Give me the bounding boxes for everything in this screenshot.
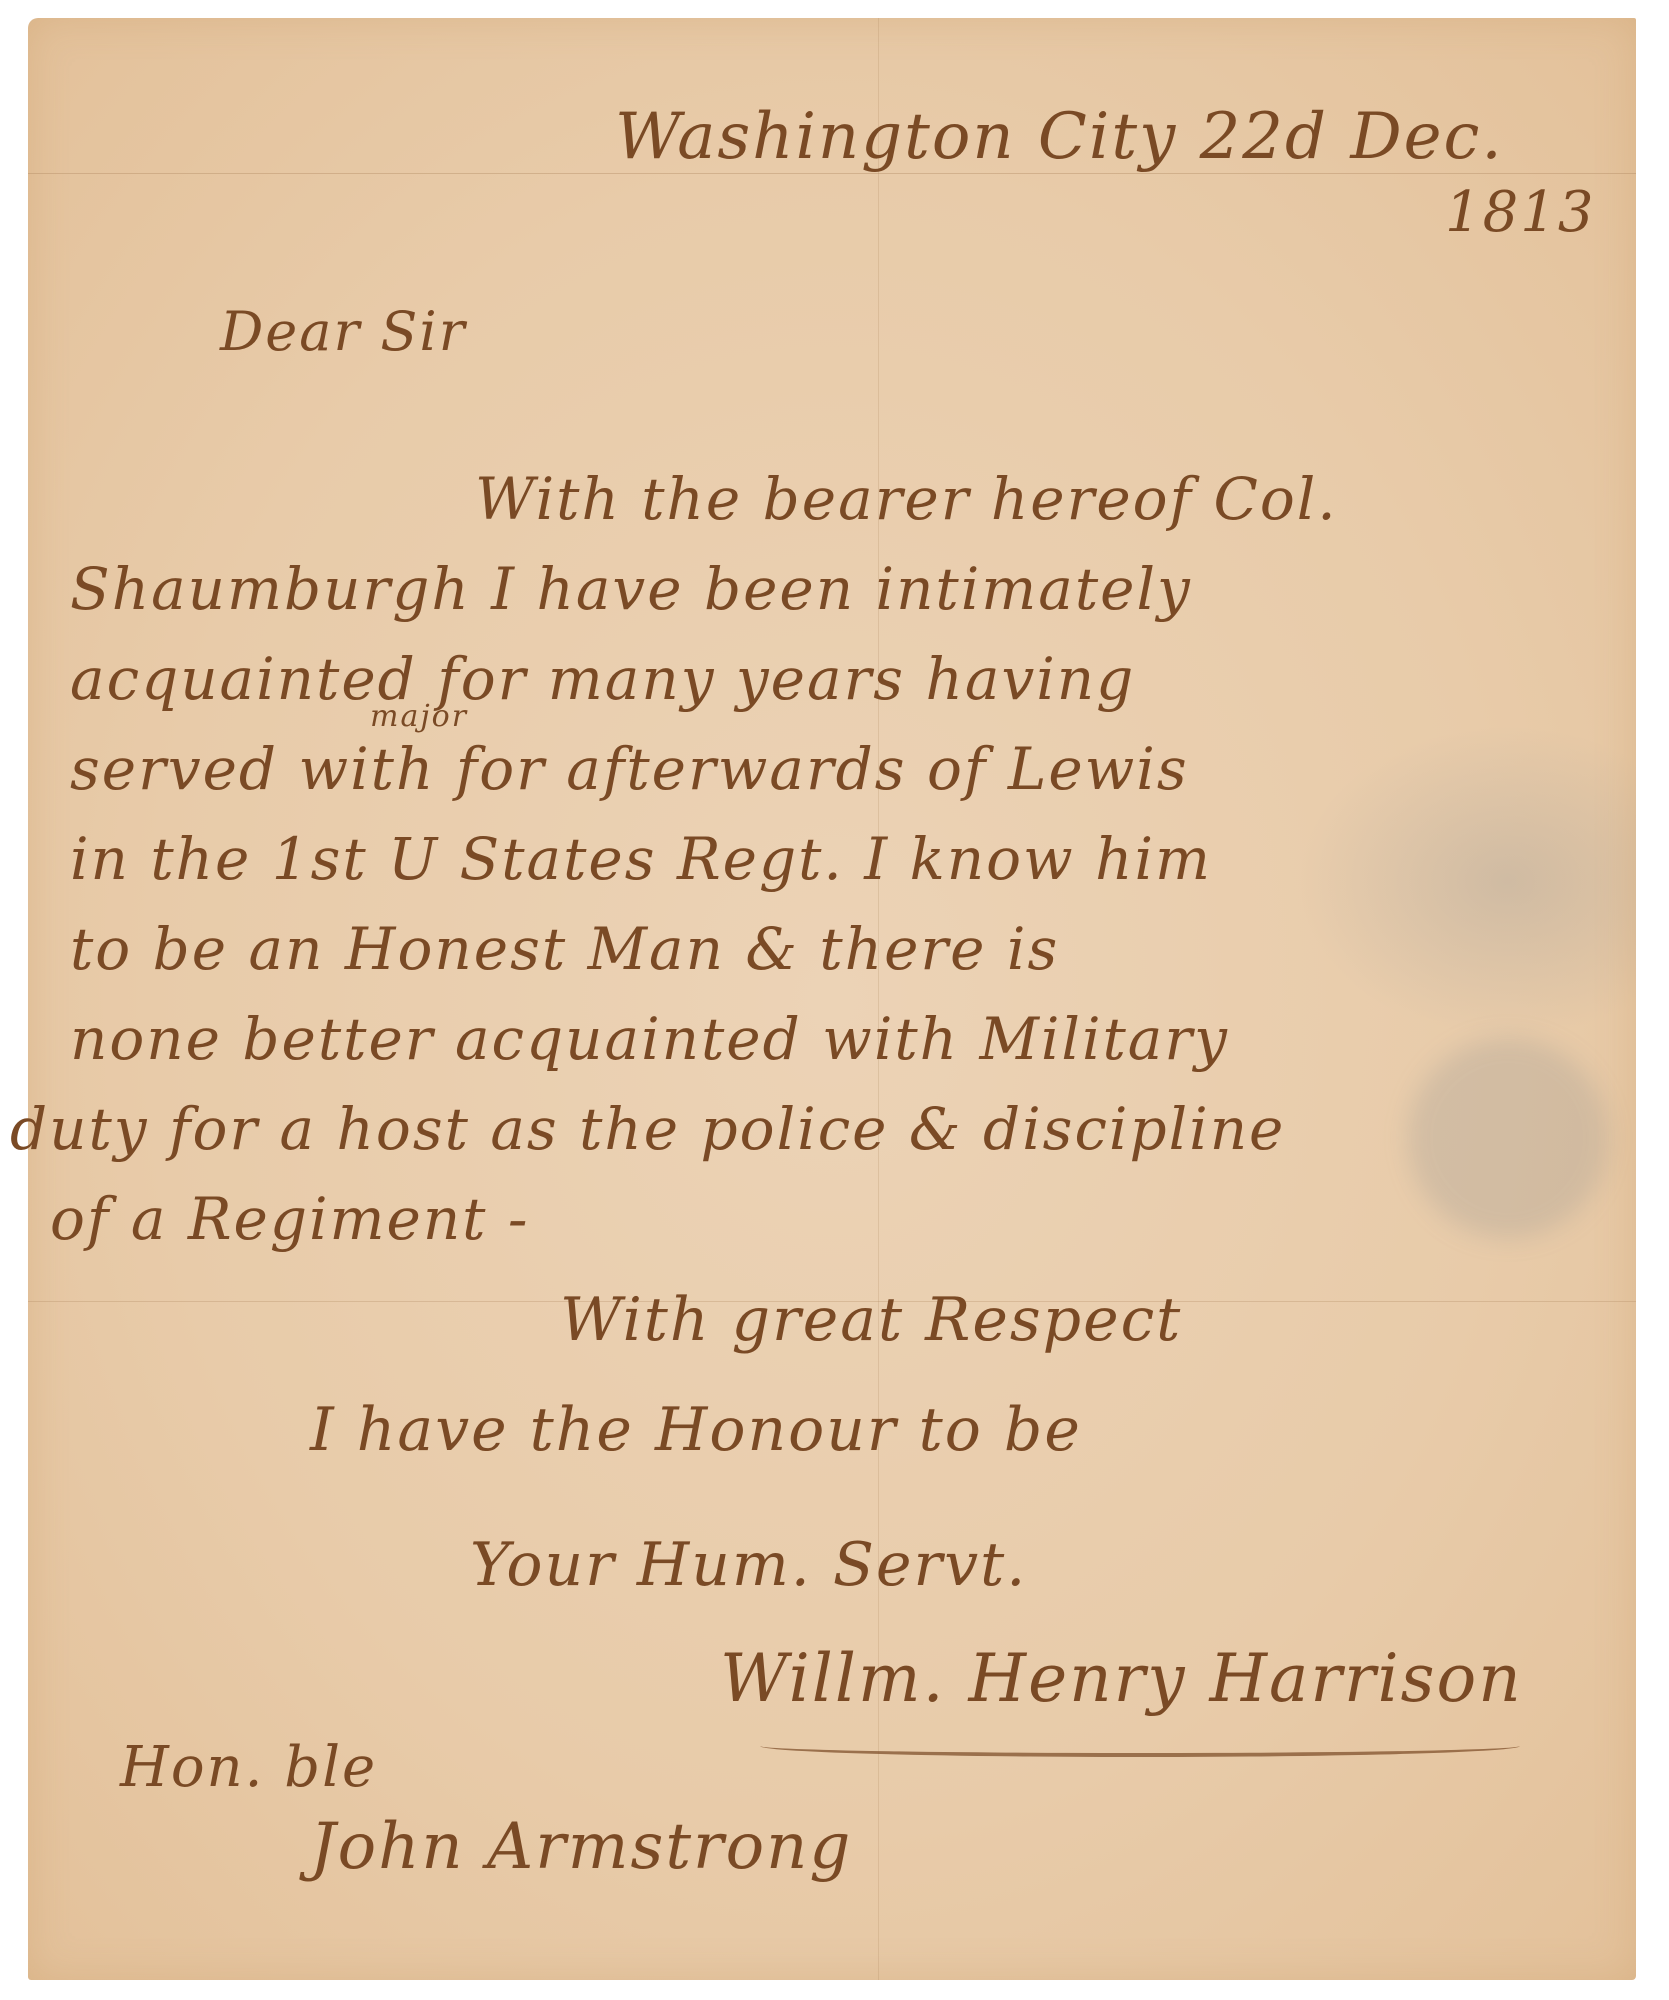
closing-line: Your Hum. Servt. [470,1530,1027,1600]
date-year: 1813 [1445,180,1596,245]
addressee-honorific: Hon. ble [120,1735,377,1800]
salutation: Dear Sir [220,300,467,363]
ink-smudge [1408,1038,1608,1238]
interlinear-insertion: major [370,699,468,734]
body-line: Shaumburgh I have been intimately [70,555,1192,623]
closing-line: With great Respect [560,1285,1182,1355]
signature: Willm. Henry Harrison [720,1640,1523,1717]
body-line: none better acquainted with Military [70,1005,1229,1073]
body-line: acquainted for many years having [70,645,1135,713]
dateline: Washington City 22d Dec. [615,100,1504,174]
body-line-text: served with for afterwards of Lewis [70,735,1189,803]
body-line: of a Regiment - [50,1185,530,1253]
body-line: duty for a host as the police & discipli… [10,1095,1285,1163]
body-line: With the bearer hereof Col. [475,465,1338,533]
addressee-name: John Armstrong [310,1810,852,1884]
closing-line: I have the Honour to be [310,1395,1082,1465]
body-line: to be an Honest Man & there is [70,915,1059,983]
body-line: major served with for afterwards of Lewi… [70,735,1189,803]
signature-flourish [760,1735,1520,1757]
body-line: in the 1st U States Regt. I know him [70,825,1212,893]
